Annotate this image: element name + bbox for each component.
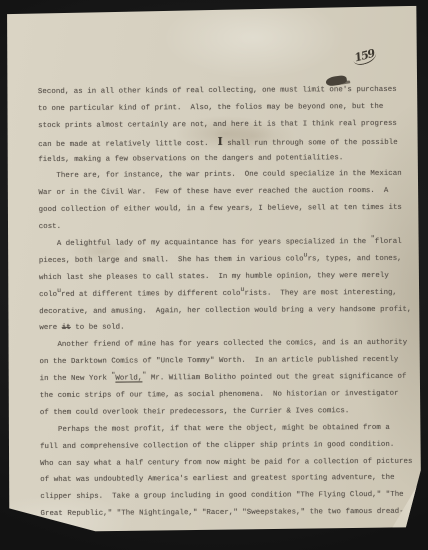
inserted-letter-u: u (304, 252, 308, 259)
text-line: the comic strips of our time, as social … (40, 386, 411, 405)
text-run: rs, types, and tones, (308, 255, 402, 264)
photo-background: 159 Second, as in all other kinds of rea… (0, 0, 428, 550)
text-run: in the New York (40, 375, 112, 383)
text-run: floral (375, 238, 402, 246)
text-run: to be sold. (71, 324, 125, 332)
inserted-letter-u: u (240, 286, 244, 293)
text-line: which last she pleases to call states. I… (39, 268, 410, 287)
text-line: coloured at different times by different… (39, 284, 410, 303)
text-line: pieces, both large and small. She has th… (39, 251, 410, 270)
inserted-letter-u: u (57, 287, 61, 294)
text-run: colo (39, 291, 57, 299)
text-line: can be made at relatively little cost. I… (38, 132, 409, 151)
text-line: Perhaps the most profit, if that were th… (40, 420, 411, 439)
text-run: shall run through some of the possible (223, 139, 398, 148)
inserted-quote-mark: " (142, 371, 146, 378)
typewritten-text: Second, as in all other kinds of real co… (38, 82, 412, 523)
text-run: were (39, 324, 61, 332)
text-line: to one particular kind of print. Also, t… (38, 99, 409, 118)
text-run: Mr. William Bolitho pointed out the grea… (146, 373, 406, 383)
text-line: decorative, and amusing. Again, her coll… (39, 301, 410, 320)
inserted-quote-mark: " (371, 235, 375, 242)
text-run: A delightful lady of my acquaintance has… (57, 238, 371, 248)
document-page: 159 Second, as in all other kinds of rea… (5, 5, 421, 540)
text-run: rists. They are most interesting, (244, 289, 397, 298)
underlined-title-world: World, (115, 375, 142, 383)
text-run: can be made at relatively little cost. (38, 140, 217, 149)
handwritten-page-number: 159 (351, 46, 378, 66)
text-run: red at different times by different colo (61, 290, 240, 299)
inserted-quote-mark: " (111, 371, 115, 378)
text-line: good collection of either would, in a fe… (39, 200, 410, 219)
text-line: stock prints almost certainly are not, a… (38, 116, 409, 135)
text-line: Second, as in all other kinds of real co… (38, 82, 409, 101)
text-line: full and comprehensive collection of the… (40, 436, 411, 455)
text-run: pieces, both large and small. She has th… (39, 255, 304, 265)
text-line: A delightful lady of my acquaintance has… (39, 234, 410, 253)
text-line: Great Republic," "The Nightingale," "Rac… (40, 504, 411, 523)
